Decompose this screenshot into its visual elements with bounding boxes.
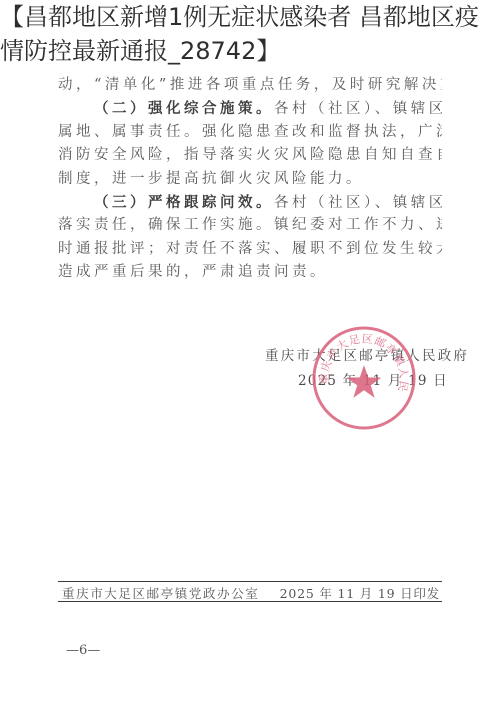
body-line: 动，“清单化”推进各项重点任务，及时研究解决重大问题。 [58, 74, 442, 97]
page-number: —6— [66, 643, 100, 658]
body-line: 制度，进一步提高抗御火灾风险能力。 [58, 168, 442, 191]
footer-bottom-rule [58, 601, 442, 602]
body-line: 属地、属事责任。强化隐患查改和监督执法，广泛告知社会单位 [58, 121, 442, 144]
section-two-heading: （二）强化综合施策。 [94, 100, 274, 117]
section-three-heading: （三）严格跟踪问效。 [94, 194, 274, 211]
body-line: 造成严重后果的，严肃追责问责。 [58, 261, 442, 284]
official-seal-icon: 重庆市大足区邮亭镇人民政府 [311, 325, 417, 431]
document-body: 动，“清单化”推进各项重点任务，及时研究解决重大问题。 （二）强化综合施策。各村… [58, 74, 442, 285]
section-three-first-line: （三）严格跟踪问效。各村（社区）、镇辖区各部门要严格 [58, 191, 442, 214]
body-line: 消防安全风险，指导落实火灾风险隐患自知自查自改和公示管理 [58, 144, 442, 167]
body-line: 时通报批评；对责任不落实、履职不到位发生较大及以上火灾， [58, 238, 442, 261]
section-three-first-line-rest: 各村（社区）、镇辖区各部门要严格 [274, 195, 442, 211]
section-two-first-line: （二）强化综合施策。各村（社区）、镇辖区各部门要落实 [58, 97, 442, 120]
footer-issue-date: 2025 年 11 月 19 日印发 [280, 584, 440, 602]
footer-issuer: 重庆市大足区邮亭镇党政办公室 [62, 584, 259, 602]
footer-top-rule [58, 581, 442, 582]
title-line-1: 【昌都地区新增1例无症状感染者 昌都地区疫 [0, 0, 500, 34]
article-title: 【昌都地区新增1例无症状感染者 昌都地区疫 情防控最新通报_28742】 [0, 0, 500, 68]
body-line: 落实责任，确保工作实施。镇纪委对工作不力、进展缓慢的，及 [58, 214, 442, 237]
section-two-first-line-rest: 各村（社区）、镇辖区各部门要落实 [274, 101, 442, 117]
title-line-2: 情防控最新通报_28742】 [0, 34, 500, 68]
